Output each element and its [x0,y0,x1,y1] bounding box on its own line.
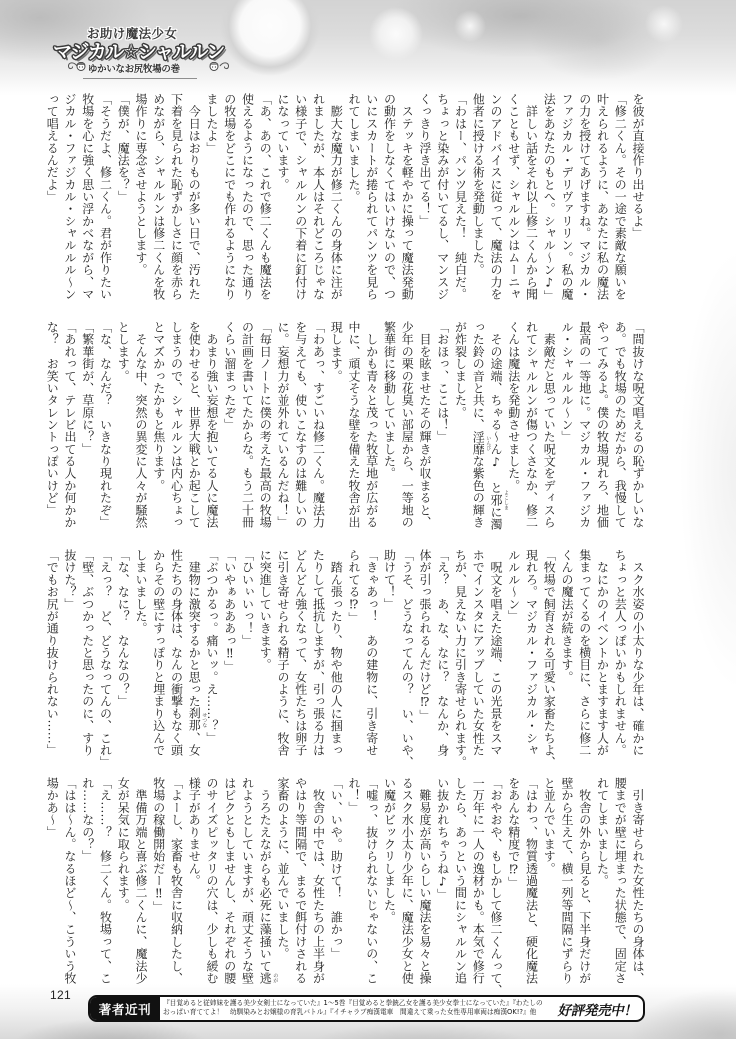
text-column-with-ruby: うろたえながらも必死に藻掻いて逃のが [256,777,274,984]
text-column: 牧舎の中では、女性たちの上半身が [309,777,327,984]
page-number: 121 [50,988,71,1002]
book-list-line: おっぱい育ててよ！ 幼馴染みとお嬢様の育乳バトル』『イチャラブ痴漢電車 間違えて… [163,1008,558,1018]
column-text: った鈴の音と共に、 [471,321,485,431]
text-column: ちょっと染みが付いてるし、マンスジ [433,93,451,300]
text-column: な？ お笑いタレントっぽいけど」 [43,321,61,528]
text-column: しまうので、シャルルンは内心ちょっ [167,321,185,528]
text-column: 引き寄せられた女性たちの身体は、 [628,777,646,984]
banner-label: 著者近刊 [90,997,160,1020]
ruby-annotation: いんび [485,435,490,450]
column-text: な紫色の輝き [471,455,485,528]
text-tier-1: を彼が直接作り出せるよ」 「修二くん。その一途で素敵な願いを 叶えられるように、… [43,93,647,300]
text-column: 少年の栗の花臭い部屋から、一等地の [398,321,416,528]
text-column: とします。 [114,321,132,528]
text-column: 踏ん張ったり、物や他の人に掴まっ [327,549,345,756]
text-column: 繁華街に移動していました。 [380,321,398,528]
text-column: と並んでいます。 [540,777,558,984]
text-column: のサイズピッタリの穴は、少しも緩む [202,777,220,984]
text-column: スク水姿の小太りな少年は、確かに [628,549,646,756]
text-column: に突進していきます。 [256,549,274,756]
text-column: の計画を書いてたからな。もう二十冊 [238,321,256,528]
text-column: 叶えられるように、あなたに私の魔法 [593,93,611,300]
text-column: ンのアドバイスに従って、魔法の力を [486,93,504,300]
text-column: に。妄想力が並外れているんだね！」 [273,321,291,528]
text-column: 一万年に一人の逸材かも。本気で修行 [469,777,487,984]
ruby-base: 逃 [258,972,272,984]
text-column: ちが、見えない力に引き寄せられます。 [451,549,469,756]
text-column: れましたが、本人はそれどころじゃな [309,93,327,300]
text-column: 「間抜けな呪文唱えるの恥ずかしいな [628,321,646,528]
text-column: 様子がありません。 [185,777,203,984]
text-column: になっています。 [273,93,291,300]
ruby-group: 刹那せつな [187,707,201,731]
text-column: ルルル〜ン」 [504,549,522,756]
ruby-base: 刹那 [187,707,201,731]
text-tier-3: スク水姿の小太りな少年は、確かに ちょっと芸人っぽいかもしれません。 なにかのイ… [43,549,647,756]
text-column: ましたよ」 [202,93,220,300]
text-column: 難易度が高いらしい魔法を易々と操 [415,777,433,984]
text-column: くらい溜まったぞ」 [220,321,238,528]
text-column: たりして抵抗しますが、引っ張る力は [309,549,327,756]
text-column: ちょっと芸人っぽいかもしれません。 [611,549,629,756]
text-tier-2: 「間抜けな呪文唱えるの恥ずかしいな あ。でも牧場のためだから、我慢して やってみ… [43,321,647,528]
text-column: れ……なの？」 [78,777,96,984]
text-column: に引き寄せられる精子のように、牧舎 [273,549,291,756]
author-recent-works-banner: 著者近刊 『目覚めると従姉妹を護る美少女剣士になっていた』1〜5巻『目覚めると拳… [88,995,645,1022]
text-column: を使わせると、世界大戦とか起こして [185,321,203,528]
text-column: 場かあ〜」 [43,777,61,984]
text-column: ファジカル・デリヴァリリン。私の魔 [557,93,575,300]
text-column: からその壁にすっぽりと埋まり込んで [149,549,167,756]
text-column: 「え……？ 修二くん。牧場って、こ [96,777,114,984]
ruby-base: 邪 [489,494,503,506]
logo-subtitle: ゆかいなお尻牧場の巻 [88,61,180,75]
text-column: しかも青々と茂った牧草地が広がる [362,321,380,528]
column-text: に濁 [489,506,503,530]
text-column-with-ruby: 建物に激突するかと思った刹那せつな、女 [185,549,203,756]
text-column: 壁から生えて、横一列等間隔にずらり [557,777,575,984]
text-column: 場作りに専念させようとします。 [131,93,149,300]
text-column: ホでインスタにアップしていた女性た [469,549,487,756]
text-column-with-ruby: その途端、ちゃる〜ん♪ と邪よこしまに濁 [486,321,504,528]
text-column: 体が引っ張られるんだけど⁉」 [415,549,433,756]
text-column: 「うそ、どうなってんの？ い、いや、 [398,549,416,756]
text-column: 牧場の稼働開始だー‼」 [149,777,167,984]
text-column: 「毎日ノートに僕の考えた最高の牧場 [256,321,274,528]
logo-underline [83,78,197,79]
text-column: くっきり浮き出てる！」 [415,93,433,300]
text-column: 「え？ あ、な、なに？ なんか、身 [433,549,451,756]
ruby-annotation: せつな [201,712,206,727]
text-column: れてしまいました。 [593,777,611,984]
text-column: 「でもお尻が通り抜けられない……」 [43,549,61,756]
text-column: くこともせず、シャルルンはムーニャ [504,93,522,300]
text-column: 法をあなたのもとへ。シャル〜ン♪」 [540,93,558,300]
column-text: うろたえながらも必死に藻掻いて [258,777,272,972]
text-column: 「繁華街が、草原に？」 [78,321,96,528]
text-column: 「はわっ、物質透過魔法と、硬化魔法 [522,777,540,984]
text-column: るスク水小太り少年に、魔法少女と使 [398,777,416,984]
column-text: その途端、ちゃる〜ん♪ と [489,321,503,494]
text-column: そんな中、突然の異変に人々が騒然 [131,321,149,528]
text-column: 準備万端と喜ぶ修二くんに、魔法少 [131,777,149,984]
text-column: をあんな精度で⁉」 [504,777,522,984]
logo-subtitle-bar: ゆかいなお尻牧場の巻 [66,60,231,74]
text-column: 「あ、あの、これで修二くんも魔法を [256,93,274,300]
text-column: とマズかったかもと焦ります。 [149,321,167,528]
column-text: 建物に激突するかと思った [187,549,201,707]
text-column: れてシャルルンが傷つくさなか、修二 [522,321,540,528]
text-column: 「嘘っ、抜けられないじゃないの、こ [362,777,380,984]
text-column: い魔がビックリしました。 [380,777,398,984]
text-column: 詳しい話をそれ以上修二くんから聞 [522,93,540,300]
text-column: 「わはー、パンツ見えた！ 純白だ。 [451,93,469,300]
text-column: 「な、なんだ？ いきなり現れたぞ」 [96,321,114,528]
text-column: はピクともしませんし、それぞれの腰 [220,777,238,984]
text-column: 「壁、ぶつかったと思ったのに、すり [78,549,96,756]
text-column: 「きゃあっ！ あの建物に、引き寄せ [362,549,380,756]
text-column: って唱えるんだよ」 [43,93,61,300]
text-column: が炸裂しました。 [451,321,469,528]
text-column: くんの魔法が続きます。 [557,549,575,756]
text-column: 最高の一等地に。マジカル・ファジカ [575,321,593,528]
text-column: 家畜のように、並んでいました。 [273,777,291,984]
text-column: 牧場を心に強く思い浮かべながら、マ [78,93,96,300]
text-column: ジカル・ファジカル・シャルルル〜ン [60,93,78,300]
text-column: 腰までが壁に埋まった状態で、固定さ [611,777,629,984]
text-column: やってみるよ。僕の牧場現れろ、地価 [593,321,611,528]
text-column: 牧舎の外から見ると、下半身だけが [575,777,593,984]
text-column-with-ruby: った鈴の音と共に、淫靡いんびな紫色の輝き [469,321,487,528]
text-column: れてしまいました。 [344,93,362,300]
text-column: 他者に授ける術を発動しました。 [469,93,487,300]
text-column: 下着を見られた恥ずかしさに顔を赤ら [167,93,185,300]
text-column: 「そうだよ、修二くん。君が作りたい [96,93,114,300]
text-column: れようとしていますが、頑丈そうな壁 [238,777,256,984]
text-column: られてる⁉」 [344,549,362,756]
text-tier-4: 引き寄せられた女性たちの身体は、 腰までが壁に埋まった状態で、固定さ れてしまい… [43,777,647,984]
text-column: 「よーし、家畜も牧舎に収納したし、 [167,777,185,984]
character-face-left-icon [75,60,87,72]
text-column: 「あれって、テレビ出てる人か何かか [60,321,78,528]
text-column: 「い、いや。助けて！ 誰かっ」 [327,777,345,984]
text-column: 抜けた？」 [60,549,78,756]
text-column: 「ひいぃいっ！」 [238,549,256,756]
book-list: 『目覚めると従姉妹を護る美少女剣士になっていた』1〜5巻『目覚めると拳銃乙女を護… [163,999,558,1018]
text-column: 膨大な魔力が修二くんの身体に注が [327,93,345,300]
text-column: 今日はおりものが多い日で、汚れた [185,93,203,300]
series-logo: お助け魔法少女 マジカル☆シャルルン ゆかいなお尻牧場の巻 [48,22,238,84]
text-column: なにかのイベントかとますます人が [593,549,611,756]
text-column: を与えても、使いこなすのは難しいの [291,321,309,528]
text-column: い様子で、シャルルンの下着に釘付け [291,93,309,300]
text-column: やはり等間隔で、まるで餌付けされる [291,777,309,984]
text-column: 「いやぁあああっ‼」 [220,549,238,756]
text-column: 「な、なに？ なんなの？」 [114,549,132,756]
text-column: 「僕が、魔法を？」 [114,93,132,300]
text-column: 目を眩ませたその輝きが収まると、 [415,321,433,528]
text-column: 呪文を唱えた途端、この光景をスマ [486,549,504,756]
text-column: 「修二くん。その一途で素敵な願いを [611,93,629,300]
text-column: あ。でも牧場のためだから、我慢して [611,321,629,528]
text-column: い抜かれちゃうね♪」 [433,777,451,984]
ruby-annotation: のが [272,973,277,983]
text-column: 助けて！」 [380,549,398,756]
text-column: 現れろ。マジカル・ファジカル・シャ [522,549,540,756]
text-column: あまり強い妄想を抱いてる人に魔法 [202,321,220,528]
text-column: めながら、シャルルンは修二くんを牧 [149,93,167,300]
text-column: 「わあっ、すごいね修二くん。魔法力 [309,321,327,528]
text-column: 「牧場で飼育される可愛い家畜たちよ、 [540,549,558,756]
column-text: 、女 [187,732,201,756]
text-column: 中に、頑丈そうな壁を備えた牧舎が出 [344,321,362,528]
text-column: したら、あっという間にシャルルン追 [451,777,469,984]
text-column: 「おほっ、ここは！」 [433,321,451,528]
text-column: れ！」 [344,777,362,984]
text-column: 現します。 [327,321,345,528]
text-column: 性たちの身体は、なんの衝撃もなく頭 [167,549,185,756]
text-column: 女が呆気に取られます。 [114,777,132,984]
text-column: 使えるようになったので、思った通り [238,93,256,300]
text-column: の力を授けてあげますね。マジカル・ [575,93,593,300]
novel-page: お助け魔法少女 マジカル☆シャルルン ゆかいなお尻牧場の巻 を彼が [0,0,736,1039]
text-column: ステッキを軽やかに操って魔法発動 [398,93,416,300]
text-column: しまいました。 [131,549,149,756]
curl-ornament-right-icon [219,60,231,72]
text-column: の牧場をどこにでも作れるようになり [220,93,238,300]
ruby-group: 邪よこしま [489,494,503,506]
ruby-base: 淫靡 [471,431,485,455]
text-column: どんどん強くなって、女性たちは卵子 [291,549,309,756]
text-column: 「はは〜ん。なるほど〜、こういう牧 [60,777,78,984]
text-column: を彼が直接作り出せるよ」 [628,93,646,300]
text-column: 「おやおや、もしかして修二くんって、 [486,777,504,984]
text-column: 「えっ？ ど、どうなってんの、これ」 [96,549,114,756]
text-column: 集まってくるのを横目に、さらに修二 [575,549,593,756]
text-column: の動作をしなくてはいけないので、つ [380,93,398,300]
text-column: いにスカートが捲られてパンツを見ら [362,93,380,300]
text-column: 素敵だと思っていた呪文をディスら [540,321,558,528]
ruby-group: 逃のが [258,972,272,984]
ruby-annotation: よこしま [503,490,508,510]
book-list-line: 『目覚めると従姉妹を護る美少女剣士になっていた』1〜5巻『目覚めると拳銃乙女を護… [163,999,558,1009]
text-column: ル・シャルルル〜ン」 [557,321,575,528]
on-sale-badge: 好評発売中！ [556,997,640,1020]
ruby-group: 淫靡いんび [471,431,485,455]
